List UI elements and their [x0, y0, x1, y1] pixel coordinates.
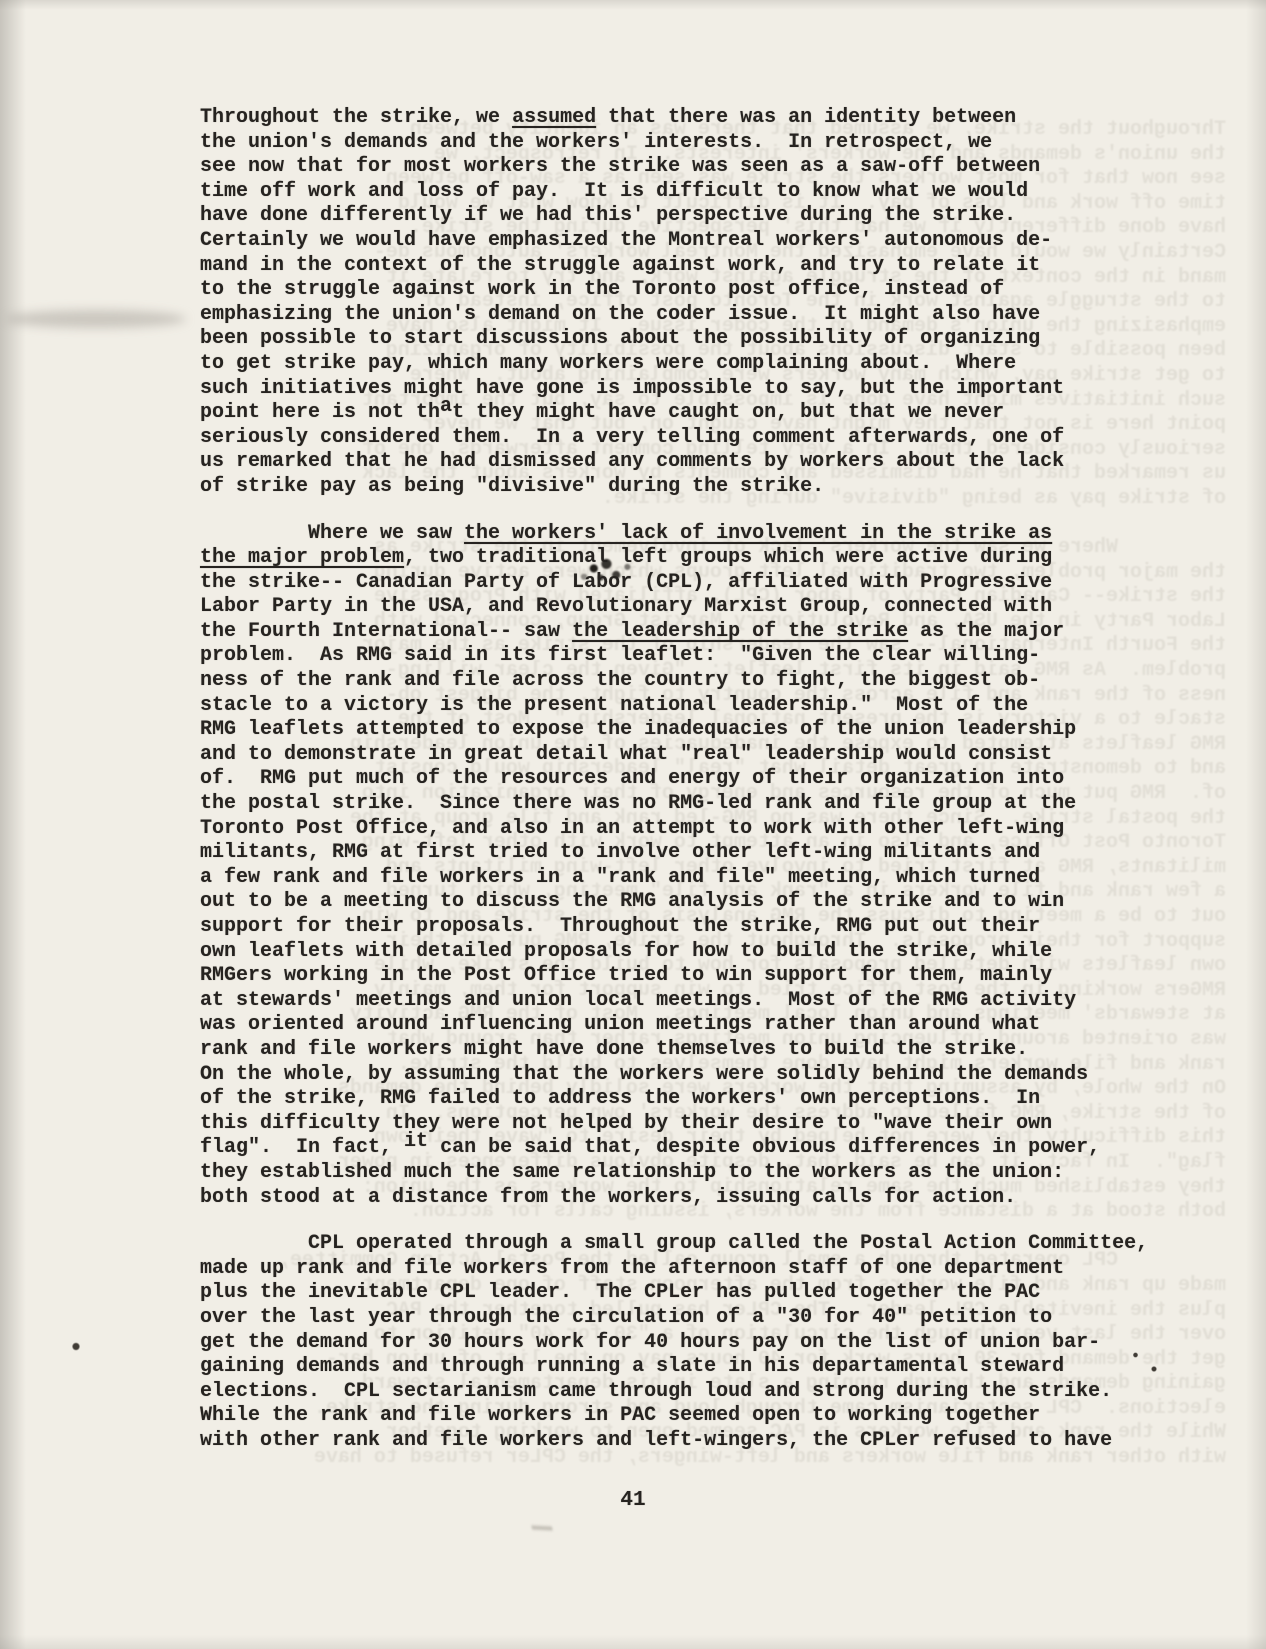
scan-edge-shadow-bottom — [0, 1635, 1266, 1649]
text-run: CPL operated through a small group calle… — [200, 1232, 1148, 1452]
paragraph: Throughout the strike, we assumed that t… — [200, 106, 1148, 500]
text-run: that there was an identity between the u… — [200, 106, 1064, 424]
underlined-text: assumed — [512, 106, 596, 129]
text-run: as the major problem. As RMG said in its… — [200, 620, 1088, 1159]
scan-edge-shadow-left — [0, 0, 26, 1649]
scan-edge-shadow-right — [1246, 0, 1266, 1649]
text-run: Throughout the strike, we — [200, 106, 512, 129]
scan-smudge — [6, 310, 186, 328]
paragraph: Where we saw the workers' lack of involv… — [200, 522, 1148, 1211]
ink-speck — [72, 1342, 80, 1351]
text-run: Where we saw — [200, 522, 464, 545]
page-number: 41 — [0, 1489, 1266, 1513]
scanned-page: Throughout the strike, we assumed that t… — [0, 0, 1266, 1649]
paragraph: CPL operated through a small group calle… — [200, 1232, 1148, 1453]
ink-speck — [1151, 1366, 1157, 1372]
underlined-text: the leadership of the strike — [572, 620, 908, 643]
raised-character: it — [404, 1130, 428, 1153]
page-text: Throughout the strike, we assumed that t… — [200, 106, 1148, 1475]
raised-character: a — [440, 395, 452, 418]
scan-edge-shadow-top — [0, 0, 1266, 10]
